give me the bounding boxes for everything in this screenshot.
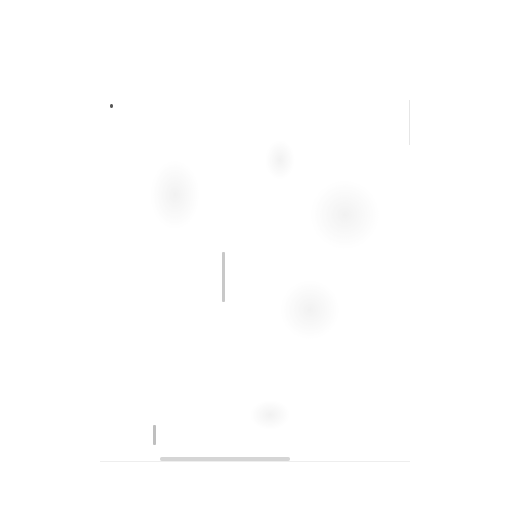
smudge: [280, 280, 340, 340]
page-edge: [409, 100, 410, 145]
speck: [160, 457, 290, 461]
smudge: [250, 400, 290, 430]
page-bottom-edge: [100, 461, 410, 462]
speck: [110, 104, 113, 108]
smudge: [265, 140, 295, 180]
smudge: [150, 160, 200, 230]
speck: [222, 252, 225, 302]
speck: [153, 425, 156, 445]
smudge: [310, 180, 380, 250]
